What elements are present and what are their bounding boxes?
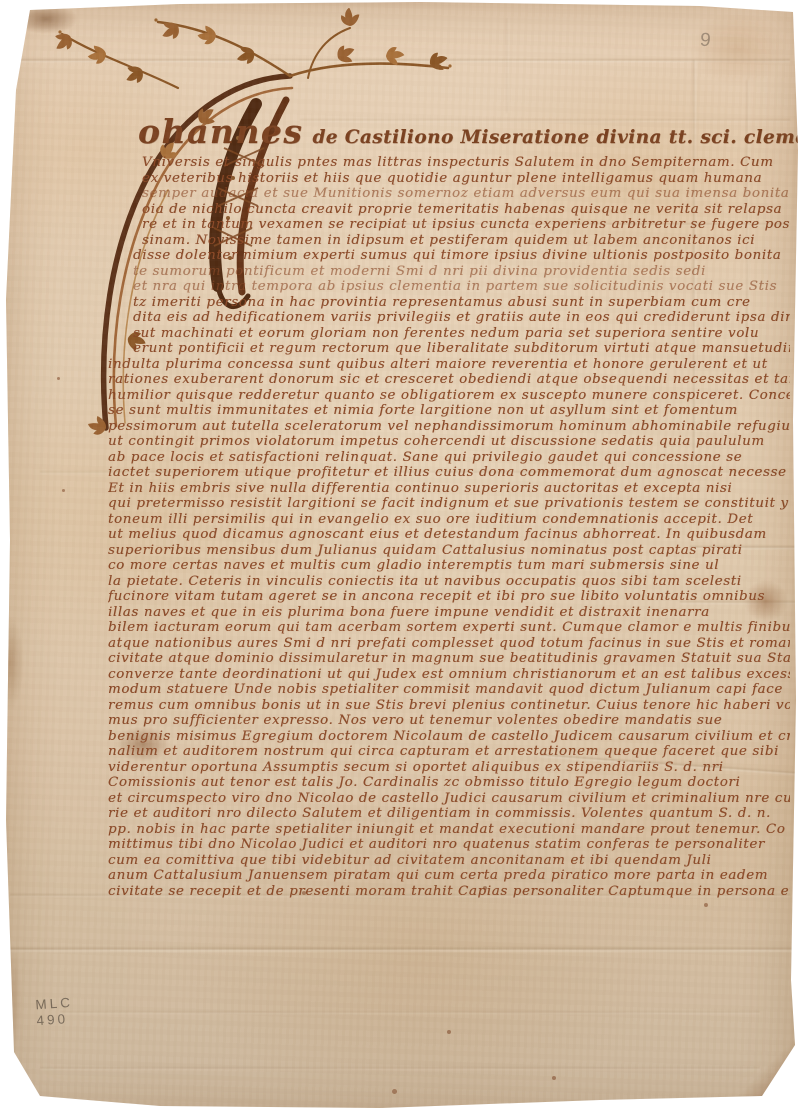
heading-line: ohannes de Castiliono Miseratione divina… xyxy=(138,112,800,151)
heading-rest: de Castiliono Miseratione divina tt. sci… xyxy=(312,127,800,148)
text-line: oia de nichilo cuncta creavit proprie te… xyxy=(142,202,790,218)
ink-speck xyxy=(704,903,708,907)
crease-line xyxy=(8,946,796,953)
text-line: civitate atque dominio dissimularetur in… xyxy=(108,651,790,667)
text-line: re et in tantum vexamen se recipiat ut i… xyxy=(142,217,790,233)
text-line: mittimus tibi dno Nicolao Judici et audi… xyxy=(108,837,790,853)
shelfmark-line1: MLC xyxy=(35,995,74,1014)
text-line: tz imeriti persona in hac provintia repr… xyxy=(133,295,790,311)
text-line: semper audacia et sue Munitionis somerno… xyxy=(142,186,790,202)
text-line: rie et auditori nro dilecto Salutem et d… xyxy=(108,806,790,822)
ink-speck xyxy=(392,1089,397,1094)
crease-line xyxy=(60,1010,760,1015)
shelfmark: MLC 490 xyxy=(35,995,75,1030)
text-line: modum statuere Unde nobis spetialiter co… xyxy=(108,682,790,698)
text-line: erunt pontificii et regum rectorum que l… xyxy=(133,341,790,357)
text-line: illas naves et que in eis plurima bona f… xyxy=(108,605,790,621)
text-line: anum Cattalusium Januensem piratam qui c… xyxy=(108,868,790,884)
heading-large-word: ohannes xyxy=(138,112,303,151)
text-line: humilior quisque redderetur quanto se ob… xyxy=(108,388,790,404)
text-block: Vniversis et singulis pntes mas littras … xyxy=(108,155,790,899)
text-line: sut machinati et eorum gloriam non feren… xyxy=(133,326,790,342)
text-line: rationes exuberarent donorum sic et cres… xyxy=(108,372,790,388)
text-line: ab pace locis et satisfactioni relinquat… xyxy=(108,450,790,466)
crease-line xyxy=(40,1066,760,1071)
text-line: Et in hiis embris sive nulla differentia… xyxy=(108,481,790,497)
stain xyxy=(0,940,22,1060)
text-line: pp. nobis in hac parte spetialiter iniun… xyxy=(108,822,790,838)
text-line: fucinore vitam tutam ageret se in ancona… xyxy=(108,589,790,605)
ink-speck xyxy=(552,1076,556,1080)
text-line: civitate se recepit et de presenti moram… xyxy=(108,884,790,900)
stain xyxy=(0,615,24,710)
marginal-dot xyxy=(62,489,65,492)
text-line: dita eis ad hedificationem variis privil… xyxy=(133,310,790,326)
text-line: et nra qui intra tempora ab ipsius cleme… xyxy=(133,279,790,295)
text-line: viderentur oportuna Assumptis secum si o… xyxy=(108,760,790,776)
text-line: qui pretermisso resistit largitioni se f… xyxy=(108,496,790,512)
parchment-sheet: ohannes de Castiliono Miseratione divina… xyxy=(0,0,800,1117)
text-line: pessimorum aut tutella sceleratorum vel … xyxy=(108,419,790,435)
corner-curl-shadow xyxy=(728,1032,796,1104)
text-line: cum ea comittiva que tibi videbitur ad c… xyxy=(108,853,790,869)
text-line: indulta plurima concessa sunt quibus alt… xyxy=(108,357,790,373)
stain xyxy=(14,4,78,34)
folio-number: 9 xyxy=(699,30,712,53)
crease-line xyxy=(505,18,510,113)
text-line: et circumspecto viro dno Nicolao de cast… xyxy=(108,791,790,807)
ink-speck xyxy=(447,1030,451,1034)
text-line: converze tante deordinationi ut qui Jude… xyxy=(108,667,790,683)
text-line: toneum illi persimilis qui in evangelio … xyxy=(108,512,790,528)
text-line: disse dolenter nimium experti sumus qui … xyxy=(133,248,790,264)
text-line: superioribus mensibus dum Julianus quida… xyxy=(108,543,790,559)
text-line: ut contingit primos violatorum impetus c… xyxy=(108,434,790,450)
text-line: sinam. Novissime tamen in idipsum et pes… xyxy=(142,233,790,249)
crease-line xyxy=(10,58,790,63)
marginal-dot xyxy=(57,377,60,380)
manuscript-photo: ohannes de Castiliono Miseratione divina… xyxy=(0,0,800,1117)
text-line: benignis misimus Egregium doctorem Nicol… xyxy=(108,729,790,745)
text-line: Vniversis et singulis pntes mas littras … xyxy=(142,155,790,171)
text-line: ex veteribus historiis et hiis que quoti… xyxy=(142,171,790,187)
text-line: te sumorum pontificum et moderni Smi d n… xyxy=(133,264,790,280)
text-line: la pietate. Ceteris in vinculis coniecti… xyxy=(108,574,790,590)
text-line: Comissionis aut tenor est talis Jo. Card… xyxy=(108,775,790,791)
text-line: remus cum omnibus bonis ut in sue Stis b… xyxy=(108,698,790,714)
text-line: bilem iacturam eorum qui tam acerbam sor… xyxy=(108,620,790,636)
text-line: se sunt multis immunitates et nimia fort… xyxy=(108,403,790,419)
shelfmark-line2: 490 xyxy=(36,1011,75,1030)
text-line: ut melius quod dicamus agnoscant eius et… xyxy=(108,527,790,543)
text-line: atque nationibus aures Smi d nri prefati… xyxy=(108,636,790,652)
text-line: co more certas naves et multis cum gladi… xyxy=(108,558,790,574)
text-line: mus pro sufficienter expresso. Nos vero … xyxy=(108,713,790,729)
text-line: nalium et auditorem nostrum qui circa ca… xyxy=(108,744,790,760)
text-line: iactet superiorem utique profitetur et i… xyxy=(108,465,790,481)
